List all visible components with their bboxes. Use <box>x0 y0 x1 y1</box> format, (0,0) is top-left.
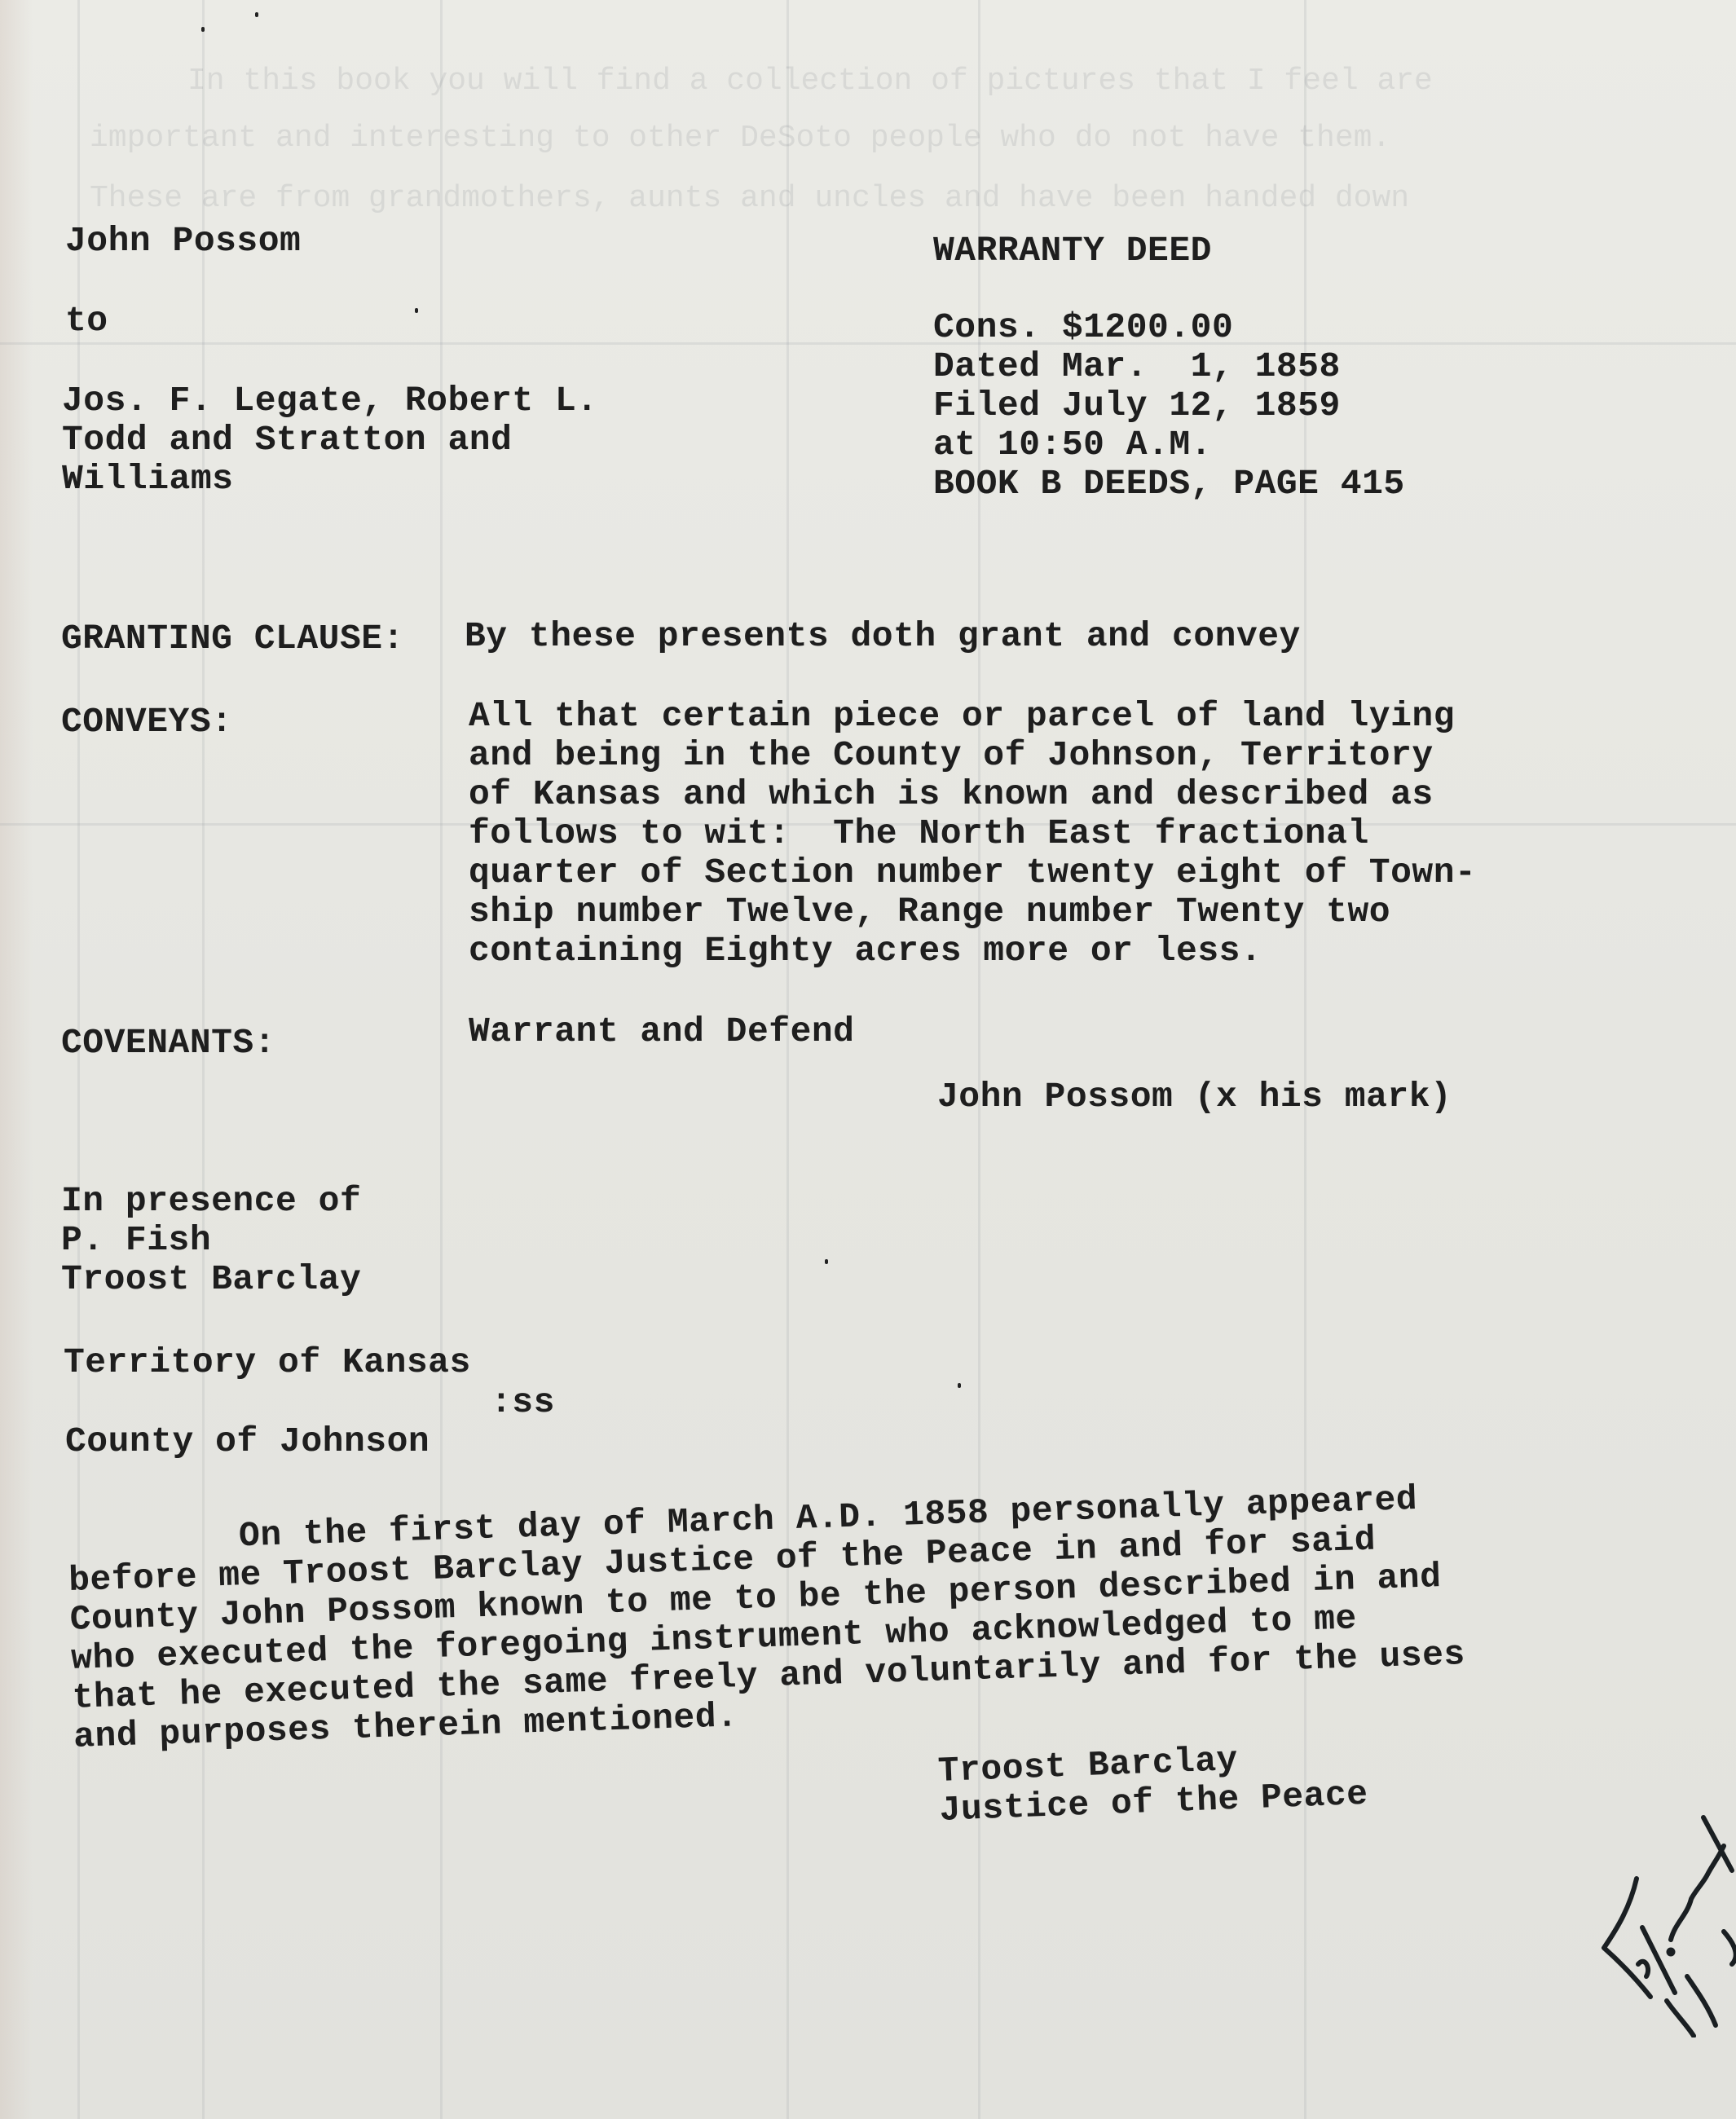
justice-signature-block: Troost Barclay Justice of the Peace <box>937 1736 1368 1830</box>
handwritten-note-icon <box>1573 1793 1736 2037</box>
grantor-name: John Possom <box>65 222 301 261</box>
witness-line: Troost Barclay <box>61 1260 361 1299</box>
conveys-line: All that certain piece or parcel of land… <box>469 697 1476 736</box>
witness-line: P. Fish <box>61 1221 361 1260</box>
ink-speck <box>958 1383 961 1388</box>
venue-ss: :ss <box>491 1383 555 1422</box>
covenants-label: COVENANTS: <box>61 1024 275 1063</box>
conveys-line: containing Eighty acres more or less. <box>469 932 1476 971</box>
acknowledgment-block: On the first day of March A.D. 1858 pers… <box>67 1478 1467 1757</box>
venue-territory: Territory of Kansas <box>64 1343 471 1382</box>
grantees-block: Jos. F. Legate, Robert L. Todd and Strat… <box>62 381 598 499</box>
filed-time: at 10:50 A.M. <box>933 425 1405 465</box>
ink-speck <box>415 308 418 313</box>
conveys-line: of Kansas and which is known and describ… <box>469 775 1476 814</box>
bleed-through-text: These are from grandmothers, aunts and u… <box>90 181 1409 216</box>
recording-info: Cons. $1200.00 Dated Mar. 1, 1858 Filed … <box>933 308 1405 504</box>
venue-county: County of Johnson <box>65 1422 430 1461</box>
conveys-line: and being in the County of Johnson, Terr… <box>469 736 1476 775</box>
ghost-rule <box>786 0 789 2119</box>
covenants-text: Warrant and Defend <box>469 1012 854 1051</box>
conveys-description: All that certain piece or parcel of land… <box>469 697 1476 971</box>
consideration: Cons. $1200.00 <box>933 308 1405 347</box>
book-page: BOOK B DEEDS, PAGE 415 <box>933 465 1405 504</box>
to-label: to <box>65 302 108 341</box>
filed: Filed July 12, 1859 <box>933 386 1405 425</box>
dated: Dated Mar. 1, 1858 <box>933 347 1405 386</box>
ghost-rule <box>0 342 1736 345</box>
conveys-line: follows to wit: The North East fractiona… <box>469 814 1476 853</box>
paper-page: In this book you will find a collection … <box>0 0 1736 2119</box>
granting-clause-label: GRANTING CLAUSE: <box>61 619 404 659</box>
ghost-rule <box>440 0 443 2119</box>
ink-speck <box>825 1259 828 1264</box>
conveys-line: ship number Twelve, Range number Twenty … <box>469 892 1476 932</box>
ink-speck <box>201 27 205 32</box>
grantee-line: Jos. F. Legate, Robert L. <box>62 381 598 421</box>
granting-clause-text: By these presents doth grant and convey <box>465 617 1301 656</box>
witness-line: In presence of <box>61 1182 361 1221</box>
witnesses-block: In presence of P. Fish Troost Barclay <box>61 1182 361 1299</box>
bleed-through-text: In this book you will find a collection … <box>187 64 1433 99</box>
conveys-line: quarter of Section number twenty eight o… <box>469 853 1476 892</box>
grantor-signature: John Possom (x his mark) <box>937 1077 1452 1117</box>
conveys-label: CONVEYS: <box>61 703 232 742</box>
ink-speck <box>255 12 258 17</box>
bleed-through-text: important and interesting to other DeSot… <box>90 121 1390 156</box>
grantee-line: Williams <box>62 460 598 499</box>
document-title: WARRANTY DEED <box>933 231 1212 271</box>
grantee-line: Todd and Stratton and <box>62 421 598 460</box>
